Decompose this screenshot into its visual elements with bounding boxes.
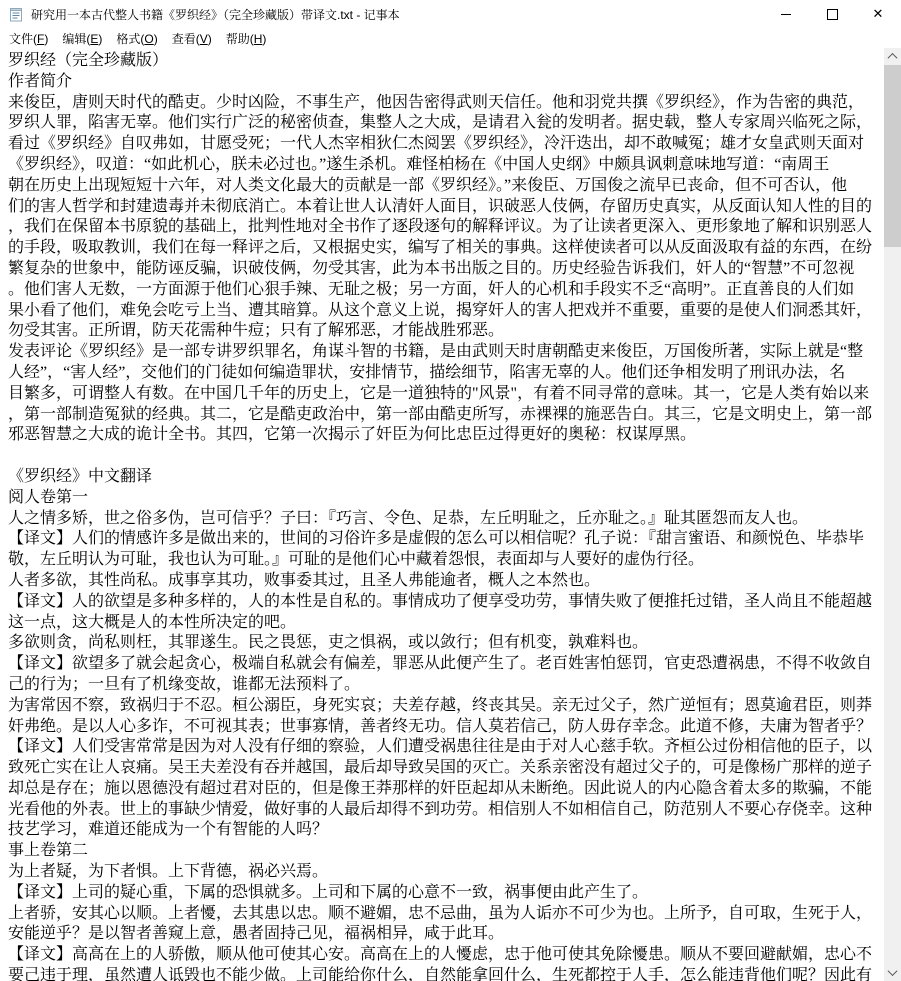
text-line: 却总是存在；施以恩德没有超过君对臣的，但是像王莽那样的奸臣起却从未断绝。因此说人…: [8, 779, 884, 800]
text-line: [8, 446, 884, 467]
text-line: 技艺学习，难道还能成为一个有智能的人吗？: [8, 820, 884, 841]
window-title: 研究用一本古代整人书籍《罗织经》（完全珍藏版）带译文.txt - 记事本: [31, 6, 763, 23]
text-line: 繁复杂的世象中，能防诬反骗，识破伎俩，勿受其害，此为本书出版之目的。历史经验告诉…: [8, 259, 884, 280]
close-icon: ✕: [873, 8, 884, 21]
text-line: ，第一部制造冤狱的经典。其二，它是酷吏政治中，第一部由酷吏所写，赤裸裸的施恶告白…: [8, 405, 884, 426]
text-line: 勿受其害。正所谓，防天花需种牛痘；只有了解邪恶，才能战胜邪恶。: [8, 321, 884, 342]
text-line: 事上卷第二: [8, 841, 884, 862]
text-line: 致死亡实在让人哀痛。吴王夫差没有吞并越国，最后却导致吴国的灭亡。关系亲密没有超过…: [8, 758, 884, 779]
text-line: 目繁多，可谓整人有数。在中国几千年的历史上，它是一道独特的"风景"，有着不同寻常…: [8, 384, 884, 405]
text-line: 阅人卷第一: [8, 488, 884, 509]
text-line: 罗织经（完全珍藏版）: [8, 51, 884, 72]
text-line: 为害常因不察，致祸归于不忍。桓公溺臣，身死实哀；夫差存越，终丧其吴。亲无过父子，…: [8, 696, 884, 717]
text-line: 人经”，“害人经”，交他们的门徒如何编造罪状，安排情节，描绘细节，陷害无辜的人。…: [8, 363, 884, 384]
text-line: 上者骄，安其心以顺。上者懮，去其患以忠。顺不避媚，忠不忌曲，虽为人诟亦不可少为也…: [8, 904, 884, 925]
maximize-icon: [827, 9, 838, 20]
text-line: 人之情多矫，世之俗多伪，岂可信乎？子曰：『巧言、令色、足恭，左丘明耻之，丘亦耻之…: [8, 509, 884, 530]
text-line: 看过《罗织经》自叹弗如，甘愿受死；一代人杰宰相狄仁杰阅罢《罗织经》，冷汗迭出，却…: [8, 134, 884, 155]
text-line: 为上者疑，为下者惧。上下背德，祸必兴焉。: [8, 862, 884, 883]
text-line: 朝在历史上出现短短十六年，对人类文化最大的贡献是一部《罗织经》。”来俊臣、万国俊…: [8, 176, 884, 197]
text-line: 【译文】上司的疑心重，下属的恐惧就多。上司和下属的心意不一致，祸事便由此产生了。: [8, 883, 884, 904]
text-line: 【译文】人们的情感许多是做出来的，世间的习俗许多是虚假的怎么可以相信呢？孔子说：…: [8, 529, 884, 550]
minimize-icon: [781, 14, 791, 15]
text-line: 敬，左丘明认为可耻，我也认为可耻。』可耻的是他们心中藏着怨恨，表面却与人要好的虚…: [8, 550, 884, 571]
maximize-button[interactable]: [809, 0, 855, 28]
menu-item-format[interactable]: 格式(O): [110, 28, 163, 49]
scroll-thumb[interactable]: [884, 65, 901, 247]
text-line: 安能逆乎？是以智者善窥上意，愚者固持己见，福祸相异，咸于此耳。: [8, 924, 884, 945]
text-line: 【译文】人的欲望是多种多样的，人的本性是自私的。事情成功了便享受功劳，事情失败了…: [8, 592, 884, 613]
text-line: 罗织人罪，陷害无辜。他们实行广泛的秘密侦查，集整人之大成，是请君入瓮的发明者。据…: [8, 113, 884, 134]
text-area[interactable]: 罗织经（完全珍藏版）作者简介来俊臣，唐则天时代的酷吏。少时凶险，不事生产，他因告…: [0, 48, 884, 981]
text-line: 果小看了他们，难免会吃亏上当、遭其暗算。从这个意义上说，揭穿奸人的害人把戏并不重…: [8, 301, 884, 322]
text-line: 《罗织经》中文翻译: [8, 467, 884, 488]
vertical-scrollbar[interactable]: [884, 48, 901, 981]
text-line: 来俊臣，唐则天时代的酷吏。少时凶险，不事生产，他因告密得武则天信任。他和羽党共撰…: [8, 93, 884, 114]
text-line: 们的害人哲学和封建遗毒并未彻底消亡。本着让世人认清奸人面目，识破恶人伎俩，存留历…: [8, 197, 884, 218]
menu-item-view[interactable]: 查看(V): [166, 28, 218, 49]
title-bar[interactable]: 研究用一本古代整人书籍《罗织经》（完全珍藏版）带译文.txt - 记事本 ✕: [0, 0, 901, 28]
menu-item-file[interactable]: 文件(F): [3, 28, 54, 49]
scroll-up-button[interactable]: [884, 48, 901, 65]
menu-item-help[interactable]: 帮助(H): [220, 28, 273, 49]
text-line: 奸弗绝。是以人心多诈，不可视其表；世事寡情，善者终无功。信人莫若信己，防人毋存幸…: [8, 717, 884, 738]
minimize-button[interactable]: [763, 0, 809, 28]
text-line: 。他们害人无数，一方面源于他们心狠手辣、无耻之极；另一方面，奸人的心机和手段实不…: [8, 280, 884, 301]
text-line: 【译文】人们受害常常是因为对人没有仔细的察验，人们遭受祸患往往是由于对人心慈手软…: [8, 737, 884, 758]
text-line: 发表评论《罗织经》是一部专讲罗织罪名，角谋斗智的书籍，是由武则天时唐朝酷吏来俊臣…: [8, 342, 884, 363]
text-line: 要己违于理，虽然遭人诋毁也不能少做。上司能给你什么，自然能拿回什么，生死都控于人…: [8, 966, 884, 981]
text-line: 【译文】高高在上的人骄傲，顺从他可使其心安。高高在上的人懮虑，忠于他可使其免除懮…: [8, 945, 884, 966]
close-button[interactable]: ✕: [855, 0, 901, 28]
notepad-icon: [9, 6, 24, 22]
chevron-down-icon: [888, 966, 898, 976]
menu-bar: 文件(F)编辑(E)格式(O)查看(V)帮助(H): [0, 28, 901, 48]
text-line: ，我们在保留本书原貌的基础上，批判性地对全书作了逐段逐句的解释评议。为了让读者更…: [8, 217, 884, 238]
text-line: 光看他的外表。世上的事缺少情爱，做好事的人最后却得不到功劳。相信别人不如相信自己…: [8, 800, 884, 821]
text-line: 作者简介: [8, 72, 884, 93]
text-line: 多欲则贪，尚私则枉，其罪遂生。民之畏惩，吏之惧祸，或以敛行；但有机变，孰难料也。: [8, 633, 884, 654]
text-line: 人者多欲，其性尚私。成事享其功，败事委其过，且圣人弗能逾者，概人之本然也。: [8, 571, 884, 592]
text-line: 己的行为；一旦有了机缘变故，谁都无法预料了。: [8, 675, 884, 696]
menu-item-edit[interactable]: 编辑(E): [56, 28, 108, 49]
chevron-up-icon: [888, 53, 898, 63]
text-line: 的手段，吸取教训，我们在每一释评之后，又根据史实，编写了相关的事典。这样使读者可…: [8, 238, 884, 259]
text-line: 【译文】欲望多了就会起贪心，极端自私就会有偏差，罪恶从此便产生了。老百姓害怕惩罚…: [8, 654, 884, 675]
scroll-down-button[interactable]: [884, 964, 901, 981]
notepad-window: { "window": { "title": "研究用一本古代整人书籍《罗织经》…: [0, 0, 901, 981]
text-line: 邪恶智慧之大成的诡计全书。其四，它第一次揭示了奸臣为何比忠臣过得更好的奥秘：权谋…: [8, 425, 884, 446]
text-line: 《罗织经》，叹道：“如此机心，朕未必过也。”遂生杀机。难怪柏杨在《中国人史纲》中…: [8, 155, 884, 176]
text-line: 这一点，这大概是人的本性所决定的吧。: [8, 613, 884, 634]
